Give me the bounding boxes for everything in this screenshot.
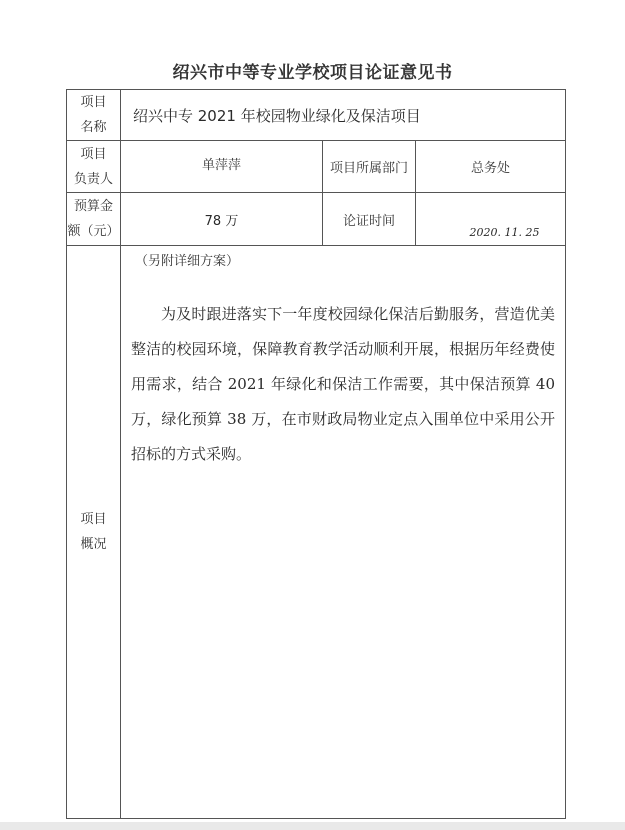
review-date-value: 2020. 11. 25 [415,192,566,246]
project-name-label-cell: 项目 名称 [66,89,121,141]
overview-label-line1: 项目 [80,507,106,532]
overview-label-line2: 概况 [80,532,106,557]
review-date-label: 论证时间 [322,192,416,246]
project-name-value: 绍兴中专 2021 年校园物业绿化及保洁项目 [120,89,566,141]
budget-label-cell: 预算金 额（元） [66,192,121,246]
department-label: 项目所属部门 [322,140,416,193]
page-bottom-edge [0,822,625,830]
project-lead-label-line2: 负责人 [74,167,113,192]
project-lead-value: 单萍萍 [120,140,323,193]
overview-paragraph: 为及时跟进落实下一年度校园绿化保洁后勤服务，营造优美整洁的校园环境，保障教育教学… [131,297,555,472]
budget-label-line1: 预算金 [74,194,113,219]
project-name-label-line1: 项目 [80,90,106,115]
attachment-note: （另附详细方案） [135,250,555,269]
budget-label-line2: 额（元） [67,219,119,244]
overview-label-cell: 项目 概况 [66,245,121,819]
budget-value: 78 万 [120,192,323,246]
project-lead-label-line1: 项目 [80,142,106,167]
project-form-table: 项目 名称 绍兴中专 2021 年校园物业绿化及保洁项目 项目 负责人 单萍萍 … [66,89,566,819]
document-title: 绍兴市中等专业学校项目论证意见书 [0,58,625,83]
department-value: 总务处 [415,140,566,193]
project-name-label-line2: 名称 [80,115,106,140]
overview-content-cell: （另附详细方案） 为及时跟进落实下一年度校园绿化保洁后勤服务，营造优美整洁的校园… [120,245,566,819]
project-lead-label-cell: 项目 负责人 [66,140,121,193]
